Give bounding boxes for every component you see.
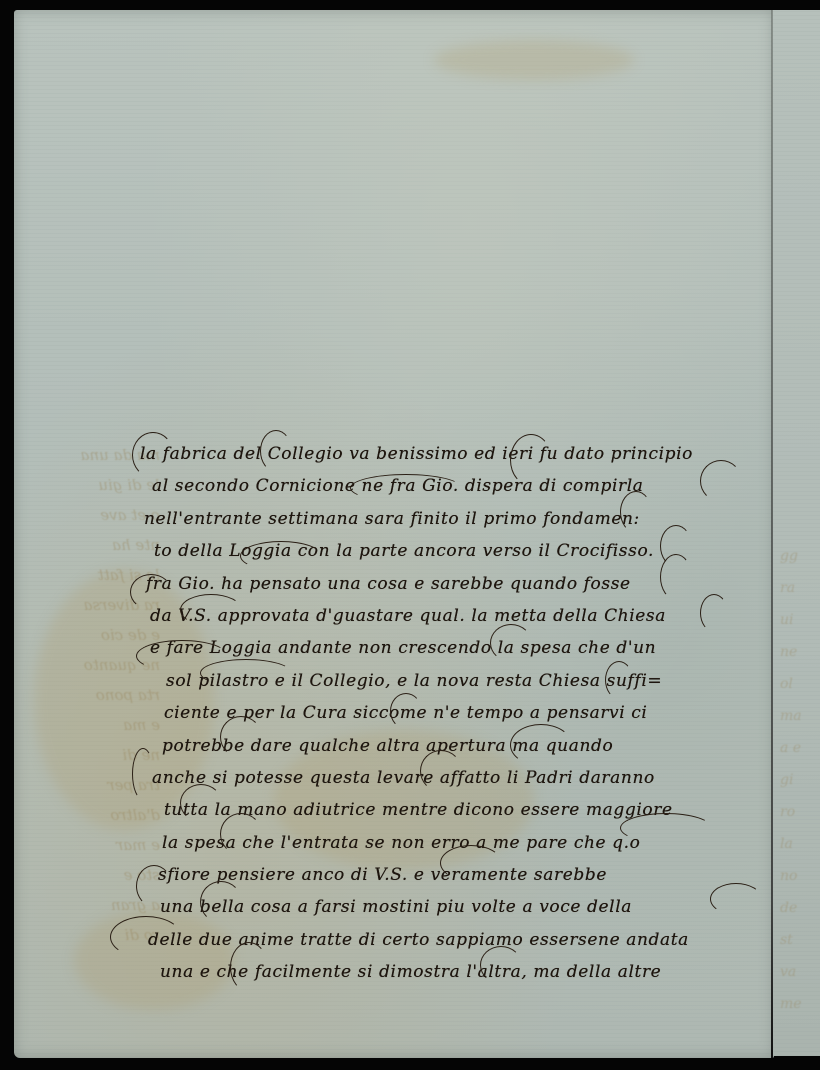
bleed-line: ne <box>780 636 820 668</box>
line-text: una bella cosa a farsi mostini piu volte… <box>160 897 632 917</box>
bleed-line: st <box>780 924 820 956</box>
bleed-line: a e <box>780 732 820 764</box>
line-text: al secondo Cornicione ne fra Gio. disper… <box>152 476 644 496</box>
line-text: nell'entrante settimana sara finito il p… <box>144 509 640 529</box>
bleed-line: me <box>780 988 820 1020</box>
line-text: sfiore pensiere anco di V.S. e veramente… <box>158 865 607 885</box>
bleed-line: ol <box>780 668 820 700</box>
bleed-line: de <box>780 892 820 924</box>
handwritten-text-block: la fabrica del Collegio va benissimo ed … <box>140 438 780 989</box>
line-text: fra Gio. ha pensato una cosa e sarebbe q… <box>146 574 631 594</box>
bleed-line: gg <box>780 540 820 572</box>
bleed-line: va <box>780 956 820 988</box>
manuscript-line: nell'entrante settimana sara finito il p… <box>140 503 780 535</box>
manuscript-line: ciente e per la Cura siccome n'e tempo a… <box>140 697 780 729</box>
manuscript-line: to della Loggia con la parte ancora vers… <box>140 535 780 567</box>
manuscript-line: al secondo Cornicione ne fra Gio. disper… <box>140 470 780 502</box>
line-text: potrebbe dare qualche altra apertura ma … <box>162 736 613 756</box>
bleed-line: ra <box>780 572 820 604</box>
manuscript-line: anche si potesse questa levare affatto l… <box>140 762 780 794</box>
manuscript-line: potrebbe dare qualche altra apertura ma … <box>140 730 780 762</box>
bleed-line: no <box>780 860 820 892</box>
line-text: e fare Loggia andante non crescendo la s… <box>150 638 656 658</box>
line-text: la spesa che l'entrata se non erro a me … <box>162 833 641 853</box>
line-text: ciente e per la Cura siccome n'e tempo a… <box>164 703 647 723</box>
manuscript-line: la spesa che l'entrata se non erro a me … <box>140 827 780 859</box>
manuscript-line: una bella cosa a farsi mostini piu volte… <box>140 891 780 923</box>
line-text: da V.S. approvata d'guastare qual. la me… <box>150 606 666 626</box>
manuscript-line: una e che facilmente si dimostra l'altra… <box>140 956 780 988</box>
bleed-line: ui <box>780 604 820 636</box>
manuscript-line: fra Gio. ha pensato una cosa e sarebbe q… <box>140 568 780 600</box>
bleed-line: la <box>780 828 820 860</box>
bleed-line: gi <box>780 764 820 796</box>
line-text: delle due anime tratte di certo sappiamo… <box>148 930 689 950</box>
manuscript-line: la fabrica del Collegio va benissimo ed … <box>140 438 780 470</box>
manuscript-line: e fare Loggia andante non crescendo la s… <box>140 632 780 664</box>
water-stain <box>434 40 634 80</box>
manuscript-line: tutta la mano adiutrice mentre dicono es… <box>140 794 780 826</box>
line-text: sol pilastro e il Collegio, e la nova re… <box>166 671 662 691</box>
manuscript-line: sol pilastro e il Collegio, e la nova re… <box>140 665 780 697</box>
line-text: una e che facilmente si dimostra l'altra… <box>160 962 661 982</box>
line-text: to della Loggia con la parte ancora vers… <box>154 541 654 561</box>
manuscript-line: sfiore pensiere anco di V.S. e veramente… <box>140 859 780 891</box>
manuscript-line: delle due anime tratte di certo sappiamo… <box>140 924 780 956</box>
ink-flourish <box>700 594 728 632</box>
bleed-through-text-right: gg ra ui ne ol ma a e gi ro la no de st … <box>780 540 820 1020</box>
bleed-line: ro <box>780 796 820 828</box>
line-text: anche si potesse questa levare affatto l… <box>152 768 655 788</box>
line-text: tutta la mano adiutrice mentre dicono es… <box>164 800 673 820</box>
manuscript-line: da V.S. approvata d'guastare qual. la me… <box>140 600 780 632</box>
bleed-line: ma <box>780 700 820 732</box>
line-text: la fabrica del Collegio va benissimo ed … <box>140 444 693 464</box>
